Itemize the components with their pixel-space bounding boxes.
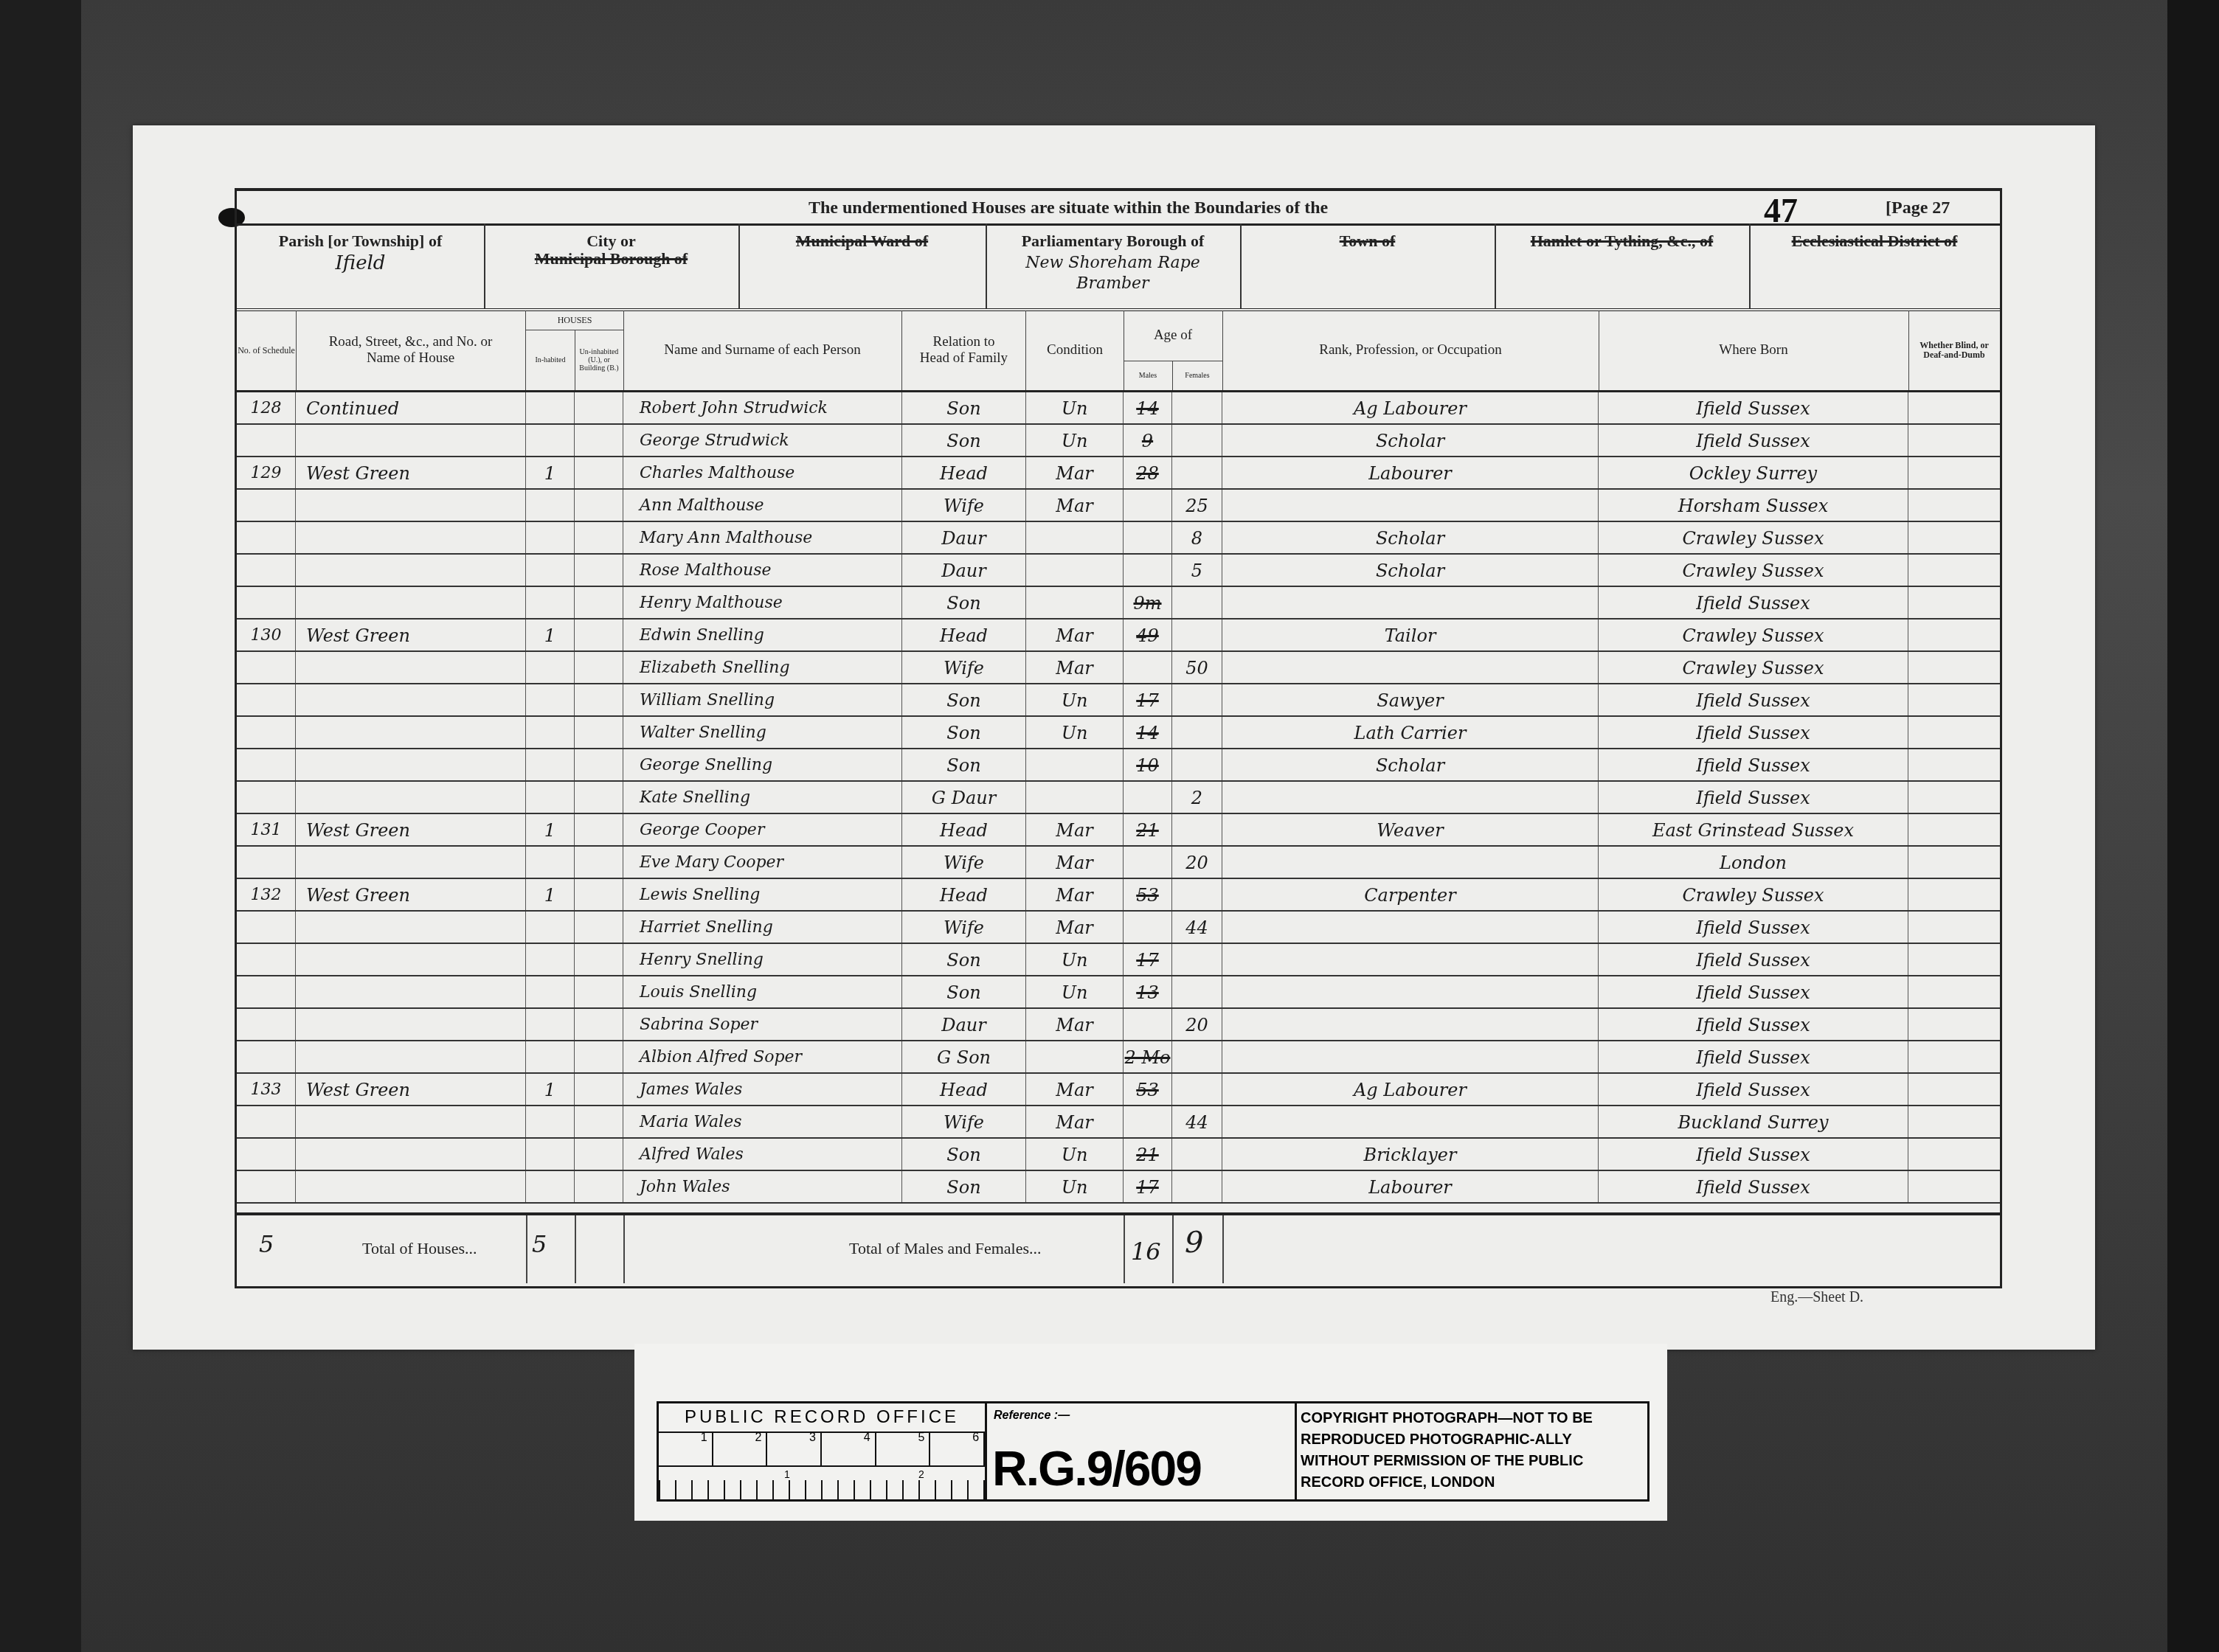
cell-male-age: 9	[1124, 425, 1172, 456]
cell-male-age: 49	[1124, 619, 1172, 650]
cell-uninhab	[575, 1041, 623, 1072]
cell-occupation	[1222, 912, 1599, 943]
cell-occupation: Lath Carrier	[1222, 717, 1599, 748]
cell-road	[296, 717, 526, 748]
cell-inhabited	[526, 392, 575, 423]
cell-uninhab	[575, 652, 623, 683]
col-name: Name and Surname of each Person	[623, 310, 902, 390]
cell-inhabited	[526, 976, 575, 1007]
table-row: Louis SnellingSonUn13Ifield Sussex	[237, 976, 2000, 1009]
cell-occupation: Carpenter	[1222, 879, 1599, 910]
cell-uninhab	[575, 684, 623, 715]
cell-uninhab	[575, 1106, 623, 1137]
table-row: Rose MalthouseDaur5ScholarCrawley Sussex	[237, 555, 2000, 587]
cell-male-age	[1124, 522, 1172, 553]
cell-condition: Un	[1026, 717, 1124, 748]
table-row: 128ContinuedRobert John StrudwickSonUn14…	[237, 392, 2000, 425]
cell-name: Elizabeth Snelling	[623, 652, 902, 683]
cell-road	[296, 1106, 526, 1137]
page-number: [Page 27	[1886, 198, 1950, 218]
cell-occupation	[1222, 847, 1599, 878]
cell-blind-deaf	[1908, 457, 2000, 488]
cell-uninhab	[575, 814, 623, 845]
cell-blind-deaf	[1908, 1009, 2000, 1040]
cell-name: William Snelling	[623, 684, 902, 715]
cell-blind-deaf	[1908, 912, 2000, 943]
cell-condition	[1026, 1041, 1124, 1072]
cell-where-born: Ifield Sussex	[1599, 976, 1908, 1007]
cell-occupation	[1222, 976, 1599, 1007]
cell-where-born: Crawley Sussex	[1599, 522, 1908, 553]
col-uninhabited: Un-inhabited (U.), or Building (B.)	[575, 330, 624, 390]
pro-office-title: PUBLIC RECORD OFFICE	[659, 1403, 985, 1433]
cell-schedule	[237, 652, 296, 683]
cell-female-age	[1172, 457, 1222, 488]
cell-where-born: Ifield Sussex	[1599, 944, 1908, 975]
cell-road: Continued	[296, 392, 526, 423]
cell-occupation	[1222, 1041, 1599, 1072]
cell-blind-deaf	[1908, 490, 2000, 521]
cell-uninhab	[575, 1171, 623, 1202]
col-males: Males	[1124, 361, 1173, 390]
cell-inhabited: 1	[526, 814, 575, 845]
cell-road: West Green	[296, 814, 526, 845]
ruler-mark: 3	[767, 1431, 822, 1465]
film-border-left	[0, 0, 81, 1652]
cell-name: Ann Malthouse	[623, 490, 902, 521]
table-row: John WalesSonUn17LabourerIfield Sussex	[237, 1171, 2000, 1204]
cell-schedule: 132	[237, 879, 296, 910]
cell-condition: Mar	[1026, 457, 1124, 488]
cell-condition: Mar	[1026, 814, 1124, 845]
cell-schedule	[237, 1139, 296, 1170]
cell-road	[296, 684, 526, 715]
cell-male-age: 13	[1124, 976, 1172, 1007]
cell-female-age	[1172, 684, 1222, 715]
cell-male-age	[1124, 555, 1172, 586]
cell-occupation: Bricklayer	[1222, 1139, 1599, 1170]
cell-uninhab	[575, 1139, 623, 1170]
cell-condition: Un	[1026, 1171, 1124, 1202]
total-schedules: 5	[259, 1230, 274, 1258]
cell-where-born: Ifield Sussex	[1599, 1009, 1908, 1040]
cell-where-born: Horsham Sussex	[1599, 490, 1908, 521]
cell-occupation: Scholar	[1222, 522, 1599, 553]
cell-name: Maria Wales	[623, 1106, 902, 1137]
cell-blind-deaf	[1908, 847, 2000, 878]
cell-relation: G Son	[902, 1041, 1026, 1072]
cell-uninhab	[575, 782, 623, 813]
cell-relation: Son	[902, 717, 1026, 748]
cell-inhabited: 1	[526, 879, 575, 910]
cell-female-age	[1172, 619, 1222, 650]
table-row: William SnellingSonUn17SawyerIfield Suss…	[237, 684, 2000, 717]
totals-divider	[526, 1215, 527, 1283]
cell-inhabited: 1	[526, 1074, 575, 1105]
cell-relation: Wife	[902, 847, 1026, 878]
cell-female-age	[1172, 976, 1222, 1007]
cell-where-born: Ifield Sussex	[1599, 717, 1908, 748]
cell-inhabited	[526, 684, 575, 715]
cell-uninhab	[575, 976, 623, 1007]
cell-relation: Head	[902, 814, 1026, 845]
table-row: 133West Green1James WalesHeadMar53Ag Lab…	[237, 1074, 2000, 1106]
cell-name: James Wales	[623, 1074, 902, 1105]
table-row: Walter SnellingSonUn14Lath CarrierIfield…	[237, 717, 2000, 749]
municipal-borough-label: Municipal Borough of	[484, 250, 738, 268]
cell-where-born: Ifield Sussex	[1599, 912, 1908, 943]
cell-female-age: 25	[1172, 490, 1222, 521]
cell-occupation: Labourer	[1222, 1171, 1599, 1202]
cell-occupation: Ag Labourer	[1222, 392, 1599, 423]
table-row: Henry SnellingSonUn17Ifield Sussex	[237, 944, 2000, 976]
cell-uninhab	[575, 847, 623, 878]
col-age-of: Age of	[1124, 310, 1223, 361]
cell-relation: G Daur	[902, 782, 1026, 813]
cell-schedule	[237, 976, 296, 1007]
cell-where-born: East Grinstead Sussex	[1599, 814, 1908, 845]
cell-where-born: Ifield Sussex	[1599, 1139, 1908, 1170]
cell-inhabited: 1	[526, 619, 575, 650]
ruler-inch-mark: 1	[784, 1468, 790, 1480]
cell-road	[296, 1171, 526, 1202]
cell-occupation	[1222, 652, 1599, 683]
table-row: Eve Mary CooperWifeMar20London	[237, 847, 2000, 879]
cell-where-born: Ifield Sussex	[1599, 684, 1908, 715]
cell-uninhab	[575, 392, 623, 423]
col-where-born: Where Born	[1599, 310, 1909, 390]
cell-occupation: Ag Labourer	[1222, 1074, 1599, 1105]
cell-occupation	[1222, 1009, 1599, 1040]
cell-male-age: 17	[1124, 944, 1172, 975]
cell-schedule	[237, 717, 296, 748]
cell-where-born: Crawley Sussex	[1599, 652, 1908, 683]
cell-blind-deaf	[1908, 1041, 2000, 1072]
cell-road	[296, 944, 526, 975]
cell-relation: Son	[902, 392, 1026, 423]
cell-where-born: Ifield Sussex	[1599, 425, 1908, 456]
cell-condition: Un	[1026, 944, 1124, 975]
ruler-inch-mark: 2	[918, 1468, 924, 1480]
cell-female-age	[1172, 944, 1222, 975]
cell-name: Henry Malthouse	[623, 587, 902, 618]
col-houses: HOUSES	[526, 310, 624, 330]
cell-inhabited	[526, 555, 575, 586]
cell-inhabited	[526, 912, 575, 943]
cell-inhabited	[526, 749, 575, 780]
totals-divider	[1222, 1215, 1224, 1283]
cell-uninhab	[575, 717, 623, 748]
table-row: Kate SnellingG Daur2Ifield Sussex	[237, 782, 2000, 814]
cell-occupation: Sawyer	[1222, 684, 1599, 715]
cell-name: Edwin Snelling	[623, 619, 902, 650]
cell-blind-deaf	[1908, 522, 2000, 553]
cell-schedule: 129	[237, 457, 296, 488]
ecclesiastical-district-cell: Ecclesiastical District of	[1749, 223, 2000, 308]
cell-occupation: Scholar	[1222, 749, 1599, 780]
ecclesiastical-district-label: Ecclesiastical District of	[1749, 232, 2000, 250]
hamlet-label: Hamlet or Tything, &c., of	[1495, 232, 1749, 250]
cell-occupation	[1222, 1106, 1599, 1137]
cell-where-born: Crawley Sussex	[1599, 619, 1908, 650]
cell-relation: Wife	[902, 1106, 1026, 1137]
cell-inhabited	[526, 1139, 575, 1170]
town-cell: Town of	[1240, 223, 1496, 308]
cell-male-age: 9m	[1124, 587, 1172, 618]
place-header-row: Parish [or Township] of Ifield City or M…	[237, 223, 2000, 311]
column-header-row: No. of Schedule Road, Street, &c., and N…	[237, 310, 2000, 392]
table-row: Maria WalesWifeMar44Buckland Surrey	[237, 1106, 2000, 1139]
cell-blind-deaf	[1908, 814, 2000, 845]
cell-where-born: Ifield Sussex	[1599, 1074, 1908, 1105]
cell-male-age: 53	[1124, 1074, 1172, 1105]
cell-condition: Mar	[1026, 1074, 1124, 1105]
census-form: The undermentioned Houses are situate wi…	[235, 188, 2002, 1288]
cell-condition	[1026, 522, 1124, 553]
cell-schedule	[237, 684, 296, 715]
cell-road: West Green	[296, 457, 526, 488]
cell-female-age	[1172, 392, 1222, 423]
cell-where-born: Ifield Sussex	[1599, 1041, 1908, 1072]
cell-name: George Cooper	[623, 814, 902, 845]
cell-where-born: Buckland Surrey	[1599, 1106, 1908, 1137]
cell-uninhab	[575, 457, 623, 488]
cell-condition: Mar	[1026, 912, 1124, 943]
cell-condition: Un	[1026, 976, 1124, 1007]
cell-schedule	[237, 1041, 296, 1072]
total-houses-value: 5	[532, 1230, 547, 1258]
cell-occupation: Tailor	[1222, 619, 1599, 650]
cell-schedule	[237, 1106, 296, 1137]
parish-label: Parish [or Township] of	[237, 232, 484, 250]
ruler-mark: 5	[876, 1431, 931, 1465]
cell-name: Robert John Strudwick	[623, 392, 902, 423]
col-occupation: Rank, Profession, or Occupation	[1222, 310, 1599, 390]
table-row: 129West Green1Charles MalthouseHeadMar28…	[237, 457, 2000, 490]
cell-inhabited	[526, 717, 575, 748]
cell-road	[296, 847, 526, 878]
cell-name: Lewis Snelling	[623, 879, 902, 910]
cell-road	[296, 522, 526, 553]
sheet-footer: Eng.—Sheet D.	[1770, 1289, 1863, 1306]
cell-schedule	[237, 1009, 296, 1040]
cell-condition: Mar	[1026, 1106, 1124, 1137]
parliamentary-borough-label: Parliamentary Borough of	[986, 232, 1240, 250]
cell-male-age: 10	[1124, 749, 1172, 780]
cell-relation: Head	[902, 1074, 1026, 1105]
cell-female-age	[1172, 749, 1222, 780]
cell-female-age: 20	[1172, 1009, 1222, 1040]
totals-divider	[1172, 1215, 1174, 1283]
reference-label: Reference :—	[994, 1409, 1070, 1423]
cell-female-age: 5	[1172, 555, 1222, 586]
cell-condition: Un	[1026, 425, 1124, 456]
cell-blind-deaf	[1908, 392, 2000, 423]
cell-relation: Head	[902, 619, 1026, 650]
cell-where-born: Ifield Sussex	[1599, 1171, 1908, 1202]
cell-condition	[1026, 749, 1124, 780]
cell-blind-deaf	[1908, 782, 2000, 813]
cell-inhabited	[526, 522, 575, 553]
cell-condition: Un	[1026, 1139, 1124, 1170]
col-schedule: No. of Schedule	[237, 310, 297, 390]
cell-road: West Green	[296, 879, 526, 910]
ruler-mark: 4	[822, 1431, 876, 1465]
cell-uninhab	[575, 522, 623, 553]
cell-blind-deaf	[1908, 619, 2000, 650]
cell-schedule	[237, 782, 296, 813]
col-blind-deaf: Whether Blind, or Deaf-and-Dumb	[1908, 310, 2000, 390]
cell-name: Mary Ann Malthouse	[623, 522, 902, 553]
col-road: Road, Street, &c., and No. or Name of Ho…	[296, 310, 526, 390]
cell-blind-deaf	[1908, 976, 2000, 1007]
cell-name: Kate Snelling	[623, 782, 902, 813]
cell-inhabited	[526, 782, 575, 813]
cell-where-born: Ockley Surrey	[1599, 457, 1908, 488]
cell-where-born: Ifield Sussex	[1599, 587, 1908, 618]
cell-female-age: 20	[1172, 847, 1222, 878]
cell-name: Sabrina Soper	[623, 1009, 902, 1040]
cell-male-age	[1124, 782, 1172, 813]
cell-blind-deaf	[1908, 1171, 2000, 1202]
municipal-ward-label: Municipal Ward of	[738, 232, 986, 250]
cell-road: West Green	[296, 1074, 526, 1105]
cell-condition: Mar	[1026, 652, 1124, 683]
cell-name: Alfred Wales	[623, 1139, 902, 1170]
cell-blind-deaf	[1908, 1106, 2000, 1137]
cell-male-age	[1124, 912, 1172, 943]
table-row: Mary Ann MalthouseDaur8ScholarCrawley Su…	[237, 522, 2000, 555]
col-relation: Relation to Head of Family	[902, 310, 1026, 390]
cell-blind-deaf	[1908, 652, 2000, 683]
cell-uninhab	[575, 587, 623, 618]
cell-male-age	[1124, 847, 1172, 878]
cell-female-age	[1172, 1171, 1222, 1202]
cell-name: John Wales	[623, 1171, 902, 1202]
cell-uninhab	[575, 944, 623, 975]
cell-occupation	[1222, 782, 1599, 813]
ruler-mark: 6	[930, 1431, 985, 1465]
cell-schedule	[237, 912, 296, 943]
cell-male-age: 2 Mo	[1124, 1041, 1172, 1072]
film-border-right	[2167, 0, 2219, 1652]
cell-blind-deaf	[1908, 749, 2000, 780]
cell-condition: Mar	[1026, 879, 1124, 910]
cell-occupation	[1222, 944, 1599, 975]
table-row: Alfred WalesSonUn21BricklayerIfield Suss…	[237, 1139, 2000, 1171]
cell-schedule	[237, 555, 296, 586]
cell-schedule	[237, 425, 296, 456]
cell-schedule	[237, 1171, 296, 1202]
cell-inhabited	[526, 425, 575, 456]
cell-inhabited	[526, 1009, 575, 1040]
total-houses-label: Total of Houses...	[362, 1239, 477, 1258]
cell-inhabited	[526, 587, 575, 618]
cell-schedule: 131	[237, 814, 296, 845]
cell-relation: Son	[902, 976, 1026, 1007]
cell-blind-deaf	[1908, 1074, 2000, 1105]
cell-female-age: 44	[1172, 912, 1222, 943]
totals-divider	[575, 1215, 576, 1283]
cell-occupation: Scholar	[1222, 425, 1599, 456]
ruler-mark: 1	[659, 1431, 713, 1465]
cell-male-age: 53	[1124, 879, 1172, 910]
table-row: George StrudwickSonUn9ScholarIfield Suss…	[237, 425, 2000, 457]
table-row: Harriet SnellingWifeMar44Ifield Sussex	[237, 912, 2000, 944]
cell-blind-deaf	[1908, 684, 2000, 715]
cell-condition	[1026, 555, 1124, 586]
cell-road	[296, 425, 526, 456]
cell-male-age	[1124, 490, 1172, 521]
cell-male-age: 21	[1124, 1139, 1172, 1170]
cell-name: George Snelling	[623, 749, 902, 780]
cell-name: Eve Mary Cooper	[623, 847, 902, 878]
cell-schedule	[237, 490, 296, 521]
parliamentary-borough-cell: Parliamentary Borough of New Shoreham Ra…	[986, 223, 1242, 308]
cell-male-age: 21	[1124, 814, 1172, 845]
cell-name: Albion Alfred Soper	[623, 1041, 902, 1072]
cell-female-age: 44	[1172, 1106, 1222, 1137]
cell-male-age	[1124, 1106, 1172, 1137]
col-condition: Condition	[1026, 310, 1124, 390]
cell-blind-deaf	[1908, 879, 2000, 910]
cell-where-born: Crawley Sussex	[1599, 555, 1908, 586]
total-females-value: 9	[1185, 1226, 1203, 1260]
cell-name: Walter Snelling	[623, 717, 902, 748]
cell-schedule	[237, 587, 296, 618]
cell-schedule	[237, 522, 296, 553]
copyright-notice: COPYRIGHT PHOTOGRAPH—NOT TO BE REPRODUCE…	[1301, 1408, 1640, 1493]
cell-male-age: 14	[1124, 717, 1172, 748]
reference-box: Reference :— R.G.9/609	[985, 1403, 1297, 1499]
cell-uninhab	[575, 490, 623, 521]
reference-value: R.G.9/609	[992, 1440, 1201, 1496]
cell-relation: Son	[902, 684, 1026, 715]
parliamentary-borough-value: New Shoreham Rape Bramber	[986, 253, 1240, 294]
cell-condition: Un	[1026, 684, 1124, 715]
cell-uninhab	[575, 749, 623, 780]
cell-relation: Son	[902, 1139, 1026, 1170]
cell-name: Louis Snelling	[623, 976, 902, 1007]
cell-blind-deaf	[1908, 717, 2000, 748]
cell-relation: Wife	[902, 652, 1026, 683]
cell-male-age: 17	[1124, 1171, 1172, 1202]
parish-value: Ifield	[237, 253, 484, 274]
city-label: City or	[484, 232, 738, 250]
form-title: The undermentioned Houses are situate wi…	[809, 198, 1328, 218]
cell-inhabited	[526, 847, 575, 878]
cell-relation: Daur	[902, 1009, 1026, 1040]
ruler-mark: 2	[713, 1431, 768, 1465]
form-title-row: The undermentioned Houses are situate wi…	[237, 191, 2000, 226]
pro-label-box: PUBLIC RECORD OFFICE 1 2 3 4 5 6 1 2 Ref…	[657, 1401, 1649, 1502]
cell-name: George Strudwick	[623, 425, 902, 456]
cell-schedule	[237, 944, 296, 975]
cell-relation: Wife	[902, 912, 1026, 943]
cell-male-age: 28	[1124, 457, 1172, 488]
cell-road	[296, 976, 526, 1007]
cell-name: Harriet Snelling	[623, 912, 902, 943]
cell-where-born: Ifield Sussex	[1599, 749, 1908, 780]
cell-female-age	[1172, 717, 1222, 748]
cell-road	[296, 1139, 526, 1170]
parish-cell: Parish [or Township] of Ifield	[237, 223, 485, 308]
cell-relation: Son	[902, 587, 1026, 618]
municipal-ward-cell: Municipal Ward of	[738, 223, 987, 308]
cell-road	[296, 555, 526, 586]
cell-where-born: Crawley Sussex	[1599, 879, 1908, 910]
cell-uninhab	[575, 619, 623, 650]
